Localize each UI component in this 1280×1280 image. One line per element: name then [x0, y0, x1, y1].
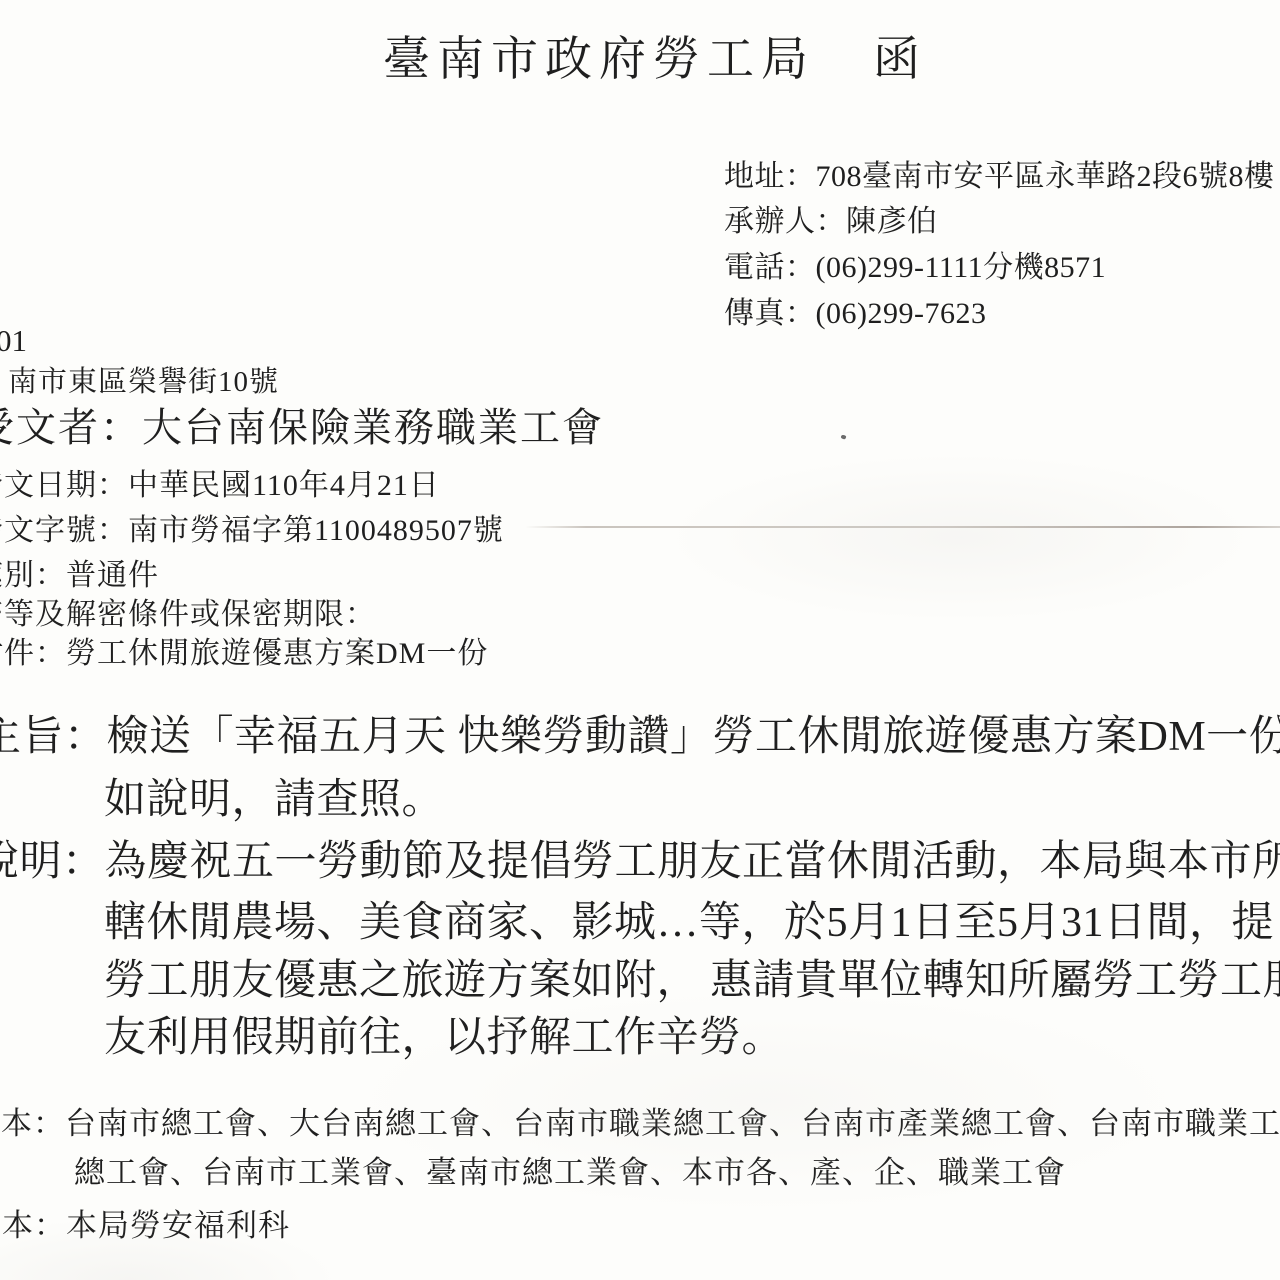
recipient-name-line: 受文者：大台南保險業務職業工會 — [0, 396, 604, 453]
carbon-copy-line: 副本：本局勞安福利科 — [0, 1200, 290, 1245]
doc-number-line: 發文字號：南市勞福字第1100489507號 — [0, 505, 504, 549]
subject-line-1: 主旨：檢送「幸福五月天 快樂勞動讚」勞工休閒旅遊優惠方案DM一份 — [0, 703, 1280, 763]
original-recipients-line-1: 正本：台南市總工會、大台南總工會、台南市職業總工會、台南市產業總工會、台南市職業… — [0, 1098, 1280, 1143]
attachment-line: 附件：勞工休閒旅遊優惠方案DM一份 — [0, 628, 488, 672]
recipient-zip-fragment: 01 — [0, 323, 27, 359]
description-line-4: 友利用假期前往，以抒解工作辛勞。 — [104, 1004, 784, 1064]
description-line-2: 轄休閒農場、美食商家、影城…等，於5月1日至5月31日間，提 — [104, 889, 1274, 949]
subject-line-2: 如說明，請查照。 — [104, 766, 444, 826]
issuing-org-name: 臺南市政府勞工局 — [383, 34, 815, 86]
recipient-address-fragment: 南市東區榮譽街10號 — [8, 359, 279, 400]
speed-class-line: 速別：普通件 — [0, 550, 159, 594]
contact-officer-line: 承辦人：陳彥伯 — [724, 196, 938, 240]
description-line-3: 勞工朋友優惠之旅遊方案如附， 惠請貴單位轉知所屬勞工勞工朋 — [104, 947, 1280, 1007]
security-class-line: 密等及解密條件或保密期限： — [0, 589, 376, 633]
document-type-label: 函 — [873, 34, 927, 86]
contact-address-line: 地址：708臺南市安平區永華路2段6號8樓 — [724, 151, 1275, 195]
scan-wrinkle-artifact — [525, 526, 1280, 528]
description-line-1: 說明：為慶祝五一勞動節及提倡勞工朋友正當休閒活動，本局與本市所 — [0, 828, 1280, 888]
document-title: 臺南市政府勞工局函 — [383, 22, 927, 89]
issue-date-line: 發文日期：中華民國110年4月21日 — [0, 460, 440, 504]
scanned-letter-page: 臺南市政府勞工局函 地址：708臺南市安平區永華路2段6號8樓 承辦人：陳彥伯 … — [0, 0, 1280, 1280]
original-recipients-line-2: 總工會、台南市工業會、臺南市總工業會、本市各、產、企、職業工會 — [74, 1147, 1066, 1192]
contact-phone-line: 電話：(06)299-1111分機8571 — [724, 242, 1106, 286]
contact-fax-line: 傳真：(06)299-7623 — [724, 288, 986, 332]
scan-speck-artifact — [840, 434, 846, 440]
